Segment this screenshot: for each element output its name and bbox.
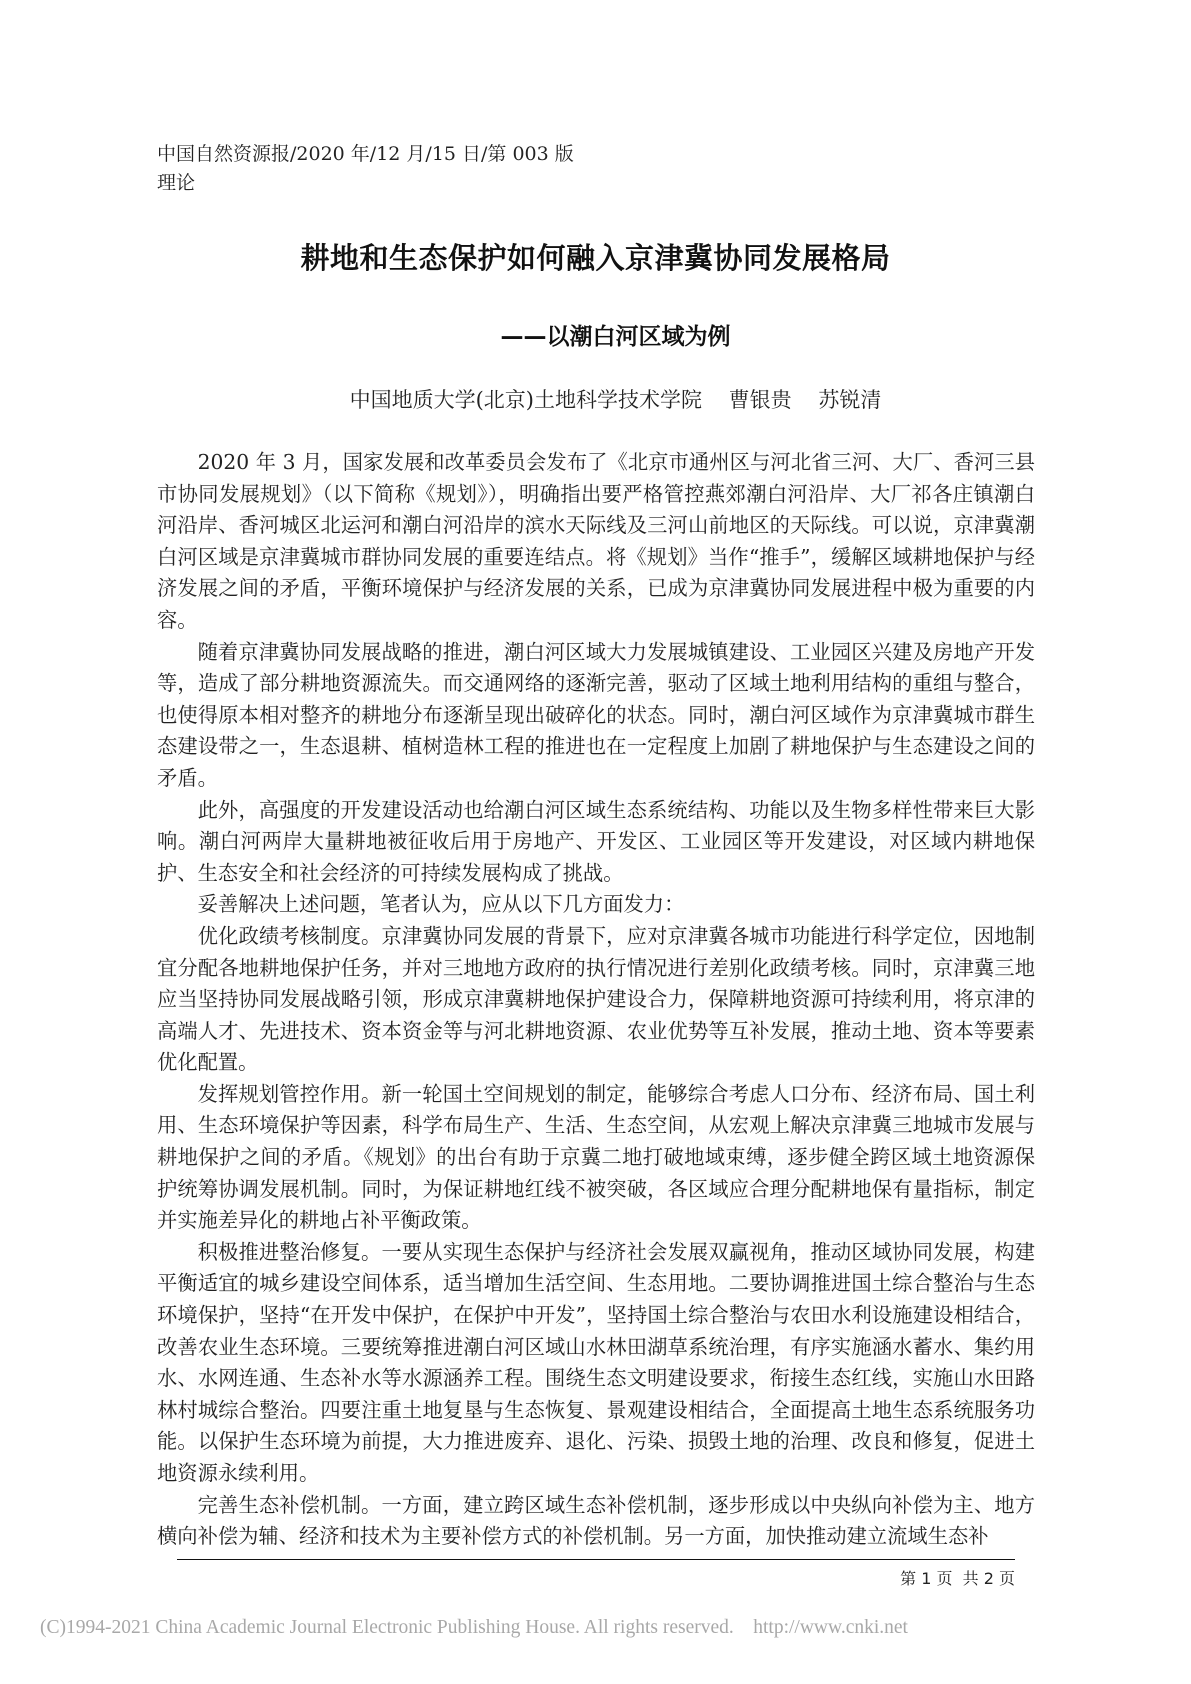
paragraph: 积极推进整治修复。一要从实现生态保护与经济社会发展双赢视角，推动区域协同发展，构…: [157, 1237, 1035, 1490]
publication-info: 中国自然资源报/2020 年/12 月/15 日/第 003 版 理论: [157, 140, 574, 198]
paragraph: 妥善解决上述问题，笔者认为，应从以下几方面发力：: [157, 889, 1035, 921]
article-body: 2020 年 3 月，国家发展和改革委员会发布了《北京市通州区与河北省三河、大厂…: [157, 447, 1035, 1553]
source-line: 中国自然资源报/2020 年/12 月/15 日/第 003 版: [157, 140, 574, 169]
paragraph: 此外，高强度的开发建设活动也给潮白河区域生态系统结构、功能以及生物多样性带来巨大…: [157, 795, 1035, 890]
paragraph: 优化政绩考核制度。京津冀协同发展的背景下，应对京津冀各城市功能进行科学定位，因地…: [157, 921, 1035, 1079]
article-title: 耕地和生态保护如何融入京津冀协同发展格局: [0, 236, 1191, 277]
page-indicator: 第 1 页 共 2 页: [900, 1566, 1015, 1589]
article-authors: 中国地质大学(北京)土地科学技术学院 曹银贵 苏锐清: [0, 384, 1191, 414]
paragraph: 完善生态补偿机制。一方面，建立跨区域生态补偿机制，逐步形成以中央纵向补偿为主、地…: [157, 1490, 1035, 1553]
paragraph: 发挥规划管控作用。新一轮国土空间规划的制定，能够综合考虑人口分布、经济布局、国土…: [157, 1079, 1035, 1237]
footer-divider: [177, 1559, 1015, 1560]
column-name: 理论: [157, 169, 574, 198]
copyright-notice: (C)1994-2021 China Academic Journal Elec…: [40, 1617, 908, 1639]
article-subtitle: ——以潮白河区域为例: [0, 318, 1191, 351]
paragraph: 随着京津冀协同发展战略的推进，潮白河区域大力发展城镇建设、工业园区兴建及房地产开…: [157, 637, 1035, 795]
paragraph: 2020 年 3 月，国家发展和改革委员会发布了《北京市通州区与河北省三河、大厂…: [157, 447, 1035, 637]
